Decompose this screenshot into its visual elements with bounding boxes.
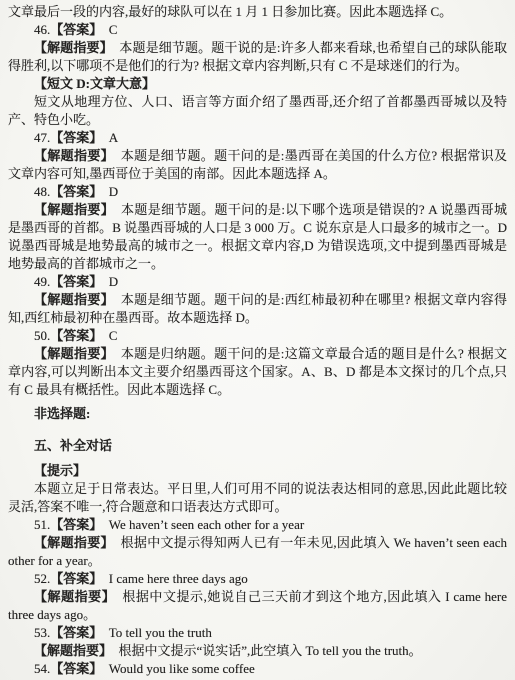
bold-label: 【答案】 <box>50 661 96 676</box>
text-segment: 54. <box>34 661 50 676</box>
answer-52: 52.【答案】 I came here three days ago <box>8 570 507 588</box>
answer-47: 47.【答案】 A <box>8 129 507 147</box>
answer-54: 54.【答案】 Would you like some coffee <box>8 660 507 678</box>
answer-key-content: 文章最后一段的内容,最好的球队可以在 1 月 1 日参加比赛。因此本题选择 C。… <box>8 3 507 678</box>
explanation-52: 【解题指要】 根据中文提示,她说自己三天前才到这个地方,因此填入 I came … <box>8 588 507 624</box>
text-segment: 53. <box>34 625 50 640</box>
text-segment: I came here three days ago <box>96 571 248 586</box>
text-segment: 49. <box>34 274 50 289</box>
bold-label: 【答案】 <box>50 625 96 640</box>
text-segment: 48. <box>34 184 50 199</box>
bold-label: 五、补全对话 <box>34 438 112 453</box>
hint-label: 【提示】 <box>8 462 507 480</box>
text-segment: 47. <box>34 130 50 145</box>
explanation-50: 【解题指要】 本题是归纳题。题干问的是:这篇文章最合适的题目是什么? 根据文章内… <box>8 345 507 399</box>
bold-label: 【解题指要】 <box>34 535 107 550</box>
text-segment: 本题立足于日常表达。平日里,人们可用不同的说法表达相同的意思,因此此题比较灵活,… <box>8 481 507 514</box>
bold-label: 【解题指要】 <box>34 148 107 163</box>
bold-label: 【答案】 <box>50 184 96 199</box>
hint-text: 本题立足于日常表达。平日里,人们可用不同的说法表达相同的意思,因此此题比较灵活,… <box>8 480 507 516</box>
non-multiple-choice-heading: 非选择题: <box>8 405 507 423</box>
explanation-49: 【解题指要】 本题是细节题。题干问的是:西红柿最初种在哪里? 根据文章内容得知,… <box>8 291 507 327</box>
bold-label: 非选择题: <box>34 406 90 421</box>
explanation-53: 【解题指要】 根据中文提示“说实话”,此空填入 To tell you the … <box>8 642 507 660</box>
answer-51: 51.【答案】 We haven’t seen each other for a… <box>8 516 507 534</box>
text-segment: 51. <box>34 517 50 532</box>
text-segment: C <box>96 328 118 343</box>
text-segment: 46. <box>34 22 50 37</box>
text-segment: We haven’t seen each other for a year <box>96 517 304 532</box>
bold-label: 【解题指要】 <box>34 589 109 604</box>
text-segment: 文章最后一段的内容,最好的球队可以在 1 月 1 日参加比赛。因此本题选择 C。 <box>8 4 452 19</box>
continued-paragraph: 文章最后一段的内容,最好的球队可以在 1 月 1 日参加比赛。因此本题选择 C。 <box>8 3 507 21</box>
text-segment: 短文从地理方位、人口、语言等方面介绍了墨西哥,还介绍了首都墨西哥城以及特产、特色… <box>8 94 507 127</box>
text-segment: D <box>96 184 118 199</box>
text-segment: 52. <box>34 571 50 586</box>
text-segment: Would you like some coffee <box>96 661 255 676</box>
bold-label: 【解题指要】 <box>34 40 106 55</box>
section-5-dialogue-heading: 五、补全对话 <box>8 437 507 455</box>
bold-label: 【答案】 <box>50 130 96 145</box>
explanation-48: 【解题指要】 本题是细节题。题干问的是:以下哪个选项是错误的? A 说墨西哥城是… <box>8 201 507 273</box>
bold-label: 【提示】 <box>34 463 86 478</box>
explanation-51: 【解题指要】 根据中文提示得知两人已有一年未见,因此填入 We haven’t … <box>8 534 507 570</box>
text-segment: 50. <box>34 328 50 343</box>
answer-53: 53.【答案】 To tell you the truth <box>8 624 507 642</box>
bold-label: 【解题指要】 <box>34 292 107 307</box>
answer-49: 49.【答案】 D <box>8 273 507 291</box>
bold-label: 【答案】 <box>50 22 96 37</box>
text-segment: D <box>96 274 118 289</box>
passage-d-title: 【短文 D:文章大意】 <box>8 75 507 93</box>
text-segment: To tell you the truth <box>96 625 212 640</box>
bold-label: 【答案】 <box>50 274 96 289</box>
answer-46: 46.【答案】 C <box>8 21 507 39</box>
bold-label: 【解题指要】 <box>34 202 108 217</box>
explanation-46: 【解题指要】 本题是细节题。题干说的是:许多人都来看球,也希望自己的球队能取得胜… <box>8 39 507 75</box>
passage-d-summary: 短文从地理方位、人口、语言等方面介绍了墨西哥,还介绍了首都墨西哥城以及特产、特色… <box>8 93 507 129</box>
text-segment: A <box>96 130 118 145</box>
bold-label: 【短文 D:文章大意】 <box>34 76 155 91</box>
bold-label: 【答案】 <box>50 571 96 586</box>
bold-label: 【答案】 <box>50 517 96 532</box>
text-segment: C <box>96 22 118 37</box>
bold-label: 【解题指要】 <box>34 346 107 361</box>
bold-label: 【答案】 <box>50 328 96 343</box>
scanned-answer-page: 文章最后一段的内容,最好的球队可以在 1 月 1 日参加比赛。因此本题选择 C。… <box>0 0 515 680</box>
text-segment: 根据中文提示“说实话”,此空填入 To tell you the truth。 <box>106 643 422 658</box>
answer-48: 48.【答案】 D <box>8 183 507 201</box>
answer-50: 50.【答案】 C <box>8 327 507 345</box>
explanation-47: 【解题指要】 本题是细节题。题干问的是:墨西哥在美国的什么方位? 根据常识及文章… <box>8 147 507 183</box>
bold-label: 【解题指要】 <box>34 643 106 658</box>
